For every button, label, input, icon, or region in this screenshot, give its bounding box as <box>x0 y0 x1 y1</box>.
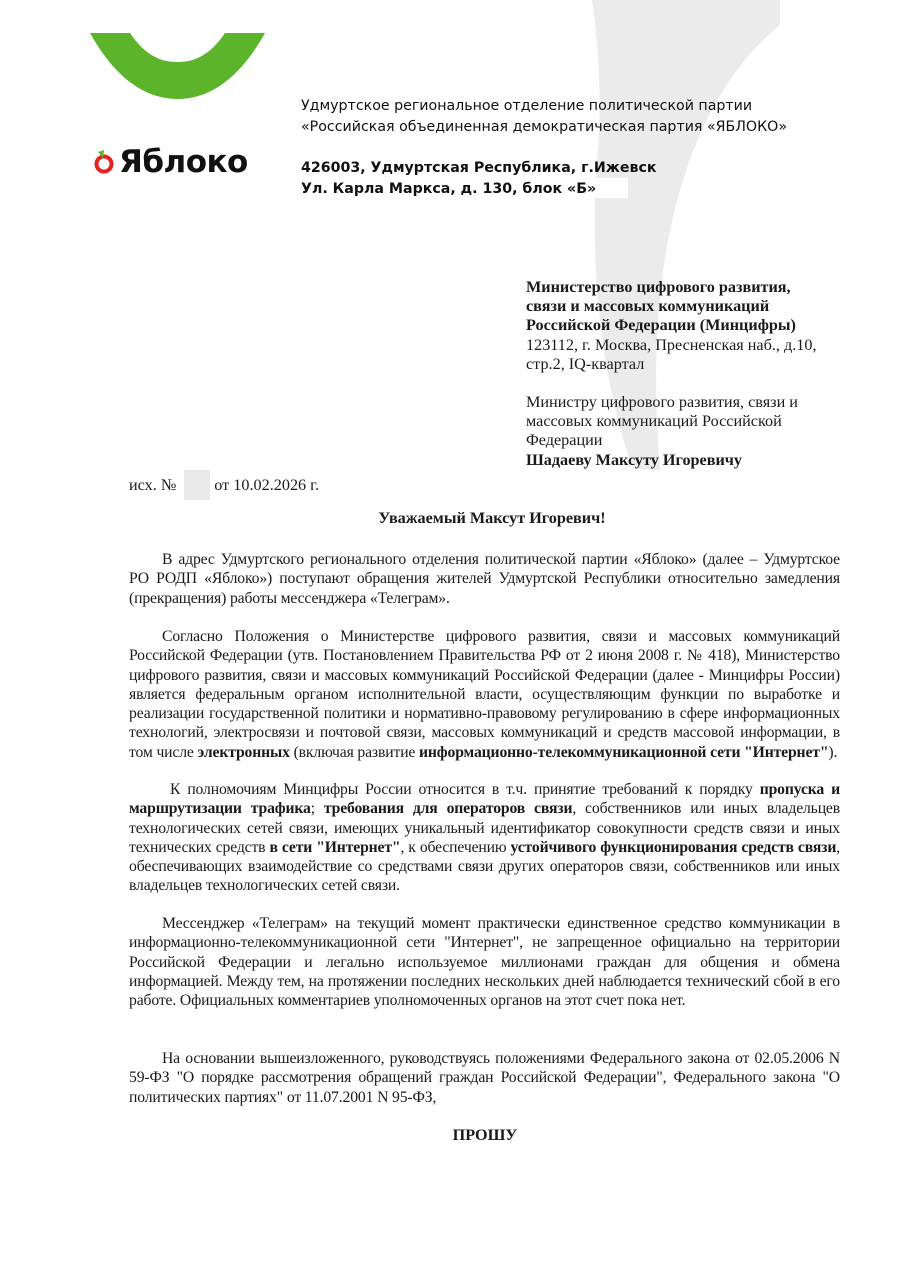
outgoing-prefix: исх. № <box>129 475 176 495</box>
recipient-position-line-1: Министру цифрового развития, связи и <box>526 393 846 412</box>
sender-block: Удмуртское региональное отделение полити… <box>301 96 787 200</box>
paragraph-2-text-1: Согласно Положения о Министерстве цифров… <box>129 628 840 761</box>
outgoing-date: от 10.02.2026 г. <box>214 475 319 495</box>
recipient-position-line-2: массовых коммуникаций Российской <box>526 412 846 431</box>
recipient-block: Министерство цифрового развития, связи и… <box>526 278 846 470</box>
paragraph-2-bold-2: информационно-телекоммуникационной сети … <box>419 744 828 761</box>
sender-address-line-1: 426003, Удмуртская Республика, г.Ижевск <box>301 158 787 179</box>
brand-green-arc-icon <box>90 33 265 101</box>
request-heading: ПРОШУ <box>0 1126 904 1145</box>
greeting: Уважаемый Максут Игоревич! <box>0 509 904 528</box>
recipient-name: Шадаеву Максуту Игоревичу <box>526 451 742 469</box>
paragraph-2-text-3: ). <box>828 744 837 761</box>
paragraph-3-bold-2: требования для операторов связи <box>324 800 572 817</box>
sender-address: 426003, Удмуртская Республика, г.Ижевск … <box>301 158 787 200</box>
paragraph-5: На основании вышеизложенного, руководств… <box>129 1049 840 1107</box>
sender-org-line-1: Удмуртское региональное отделение полити… <box>301 96 787 117</box>
paragraph-3-text-2: ; <box>311 800 324 817</box>
paragraph-2-bold-1: электронных <box>198 744 290 761</box>
recipient-org-line-3: Российской Федерации (Минцифры) <box>526 316 796 334</box>
outgoing-number-redacted <box>184 470 210 500</box>
sender-org-line-2: «Российская объединенная демократическая… <box>301 117 787 138</box>
paragraph-2: Согласно Положения о Министерстве цифров… <box>129 627 840 762</box>
paragraph-3-text-4: , к обеспечению <box>400 839 510 856</box>
apple-logo-icon <box>93 149 115 175</box>
paragraph-3-bold-3: в сети "Интернет" <box>270 839 401 856</box>
outgoing-reference: исх. № от 10.02.2026 г. <box>129 470 319 500</box>
yabloko-logo: Яблоко <box>93 142 263 182</box>
recipient-org-line-1: Министерство цифрового развития, <box>526 278 791 296</box>
paragraph-3-bold-4: устойчивого функционирования средств свя… <box>511 839 837 856</box>
paragraph-2-text-2: (включая развитие <box>290 744 419 761</box>
recipient-org-line-2: связи и массовых коммуникаций <box>526 297 769 315</box>
logo-wordmark: Яблоко <box>119 147 248 178</box>
recipient-address-line-1: 123112, г. Москва, Пресненская наб., д.1… <box>526 336 846 355</box>
paragraph-3: К полномочиям Минцифры России относится … <box>129 780 840 896</box>
paragraph-1: В адрес Удмуртского регионального отделе… <box>129 550 840 608</box>
paragraph-4: Мессенджер «Телеграм» на текущий момент … <box>129 914 840 1010</box>
sender-address-line-2: Ул. Карла Маркса, д. 130, блок «Б» <box>301 179 787 200</box>
recipient-address-line-2: стр.2, IQ-квартал <box>526 355 846 374</box>
recipient-position-line-3: Федерации <box>526 431 846 450</box>
paragraph-3-text-1: К полномочиям Минцифры России относится … <box>170 781 760 798</box>
